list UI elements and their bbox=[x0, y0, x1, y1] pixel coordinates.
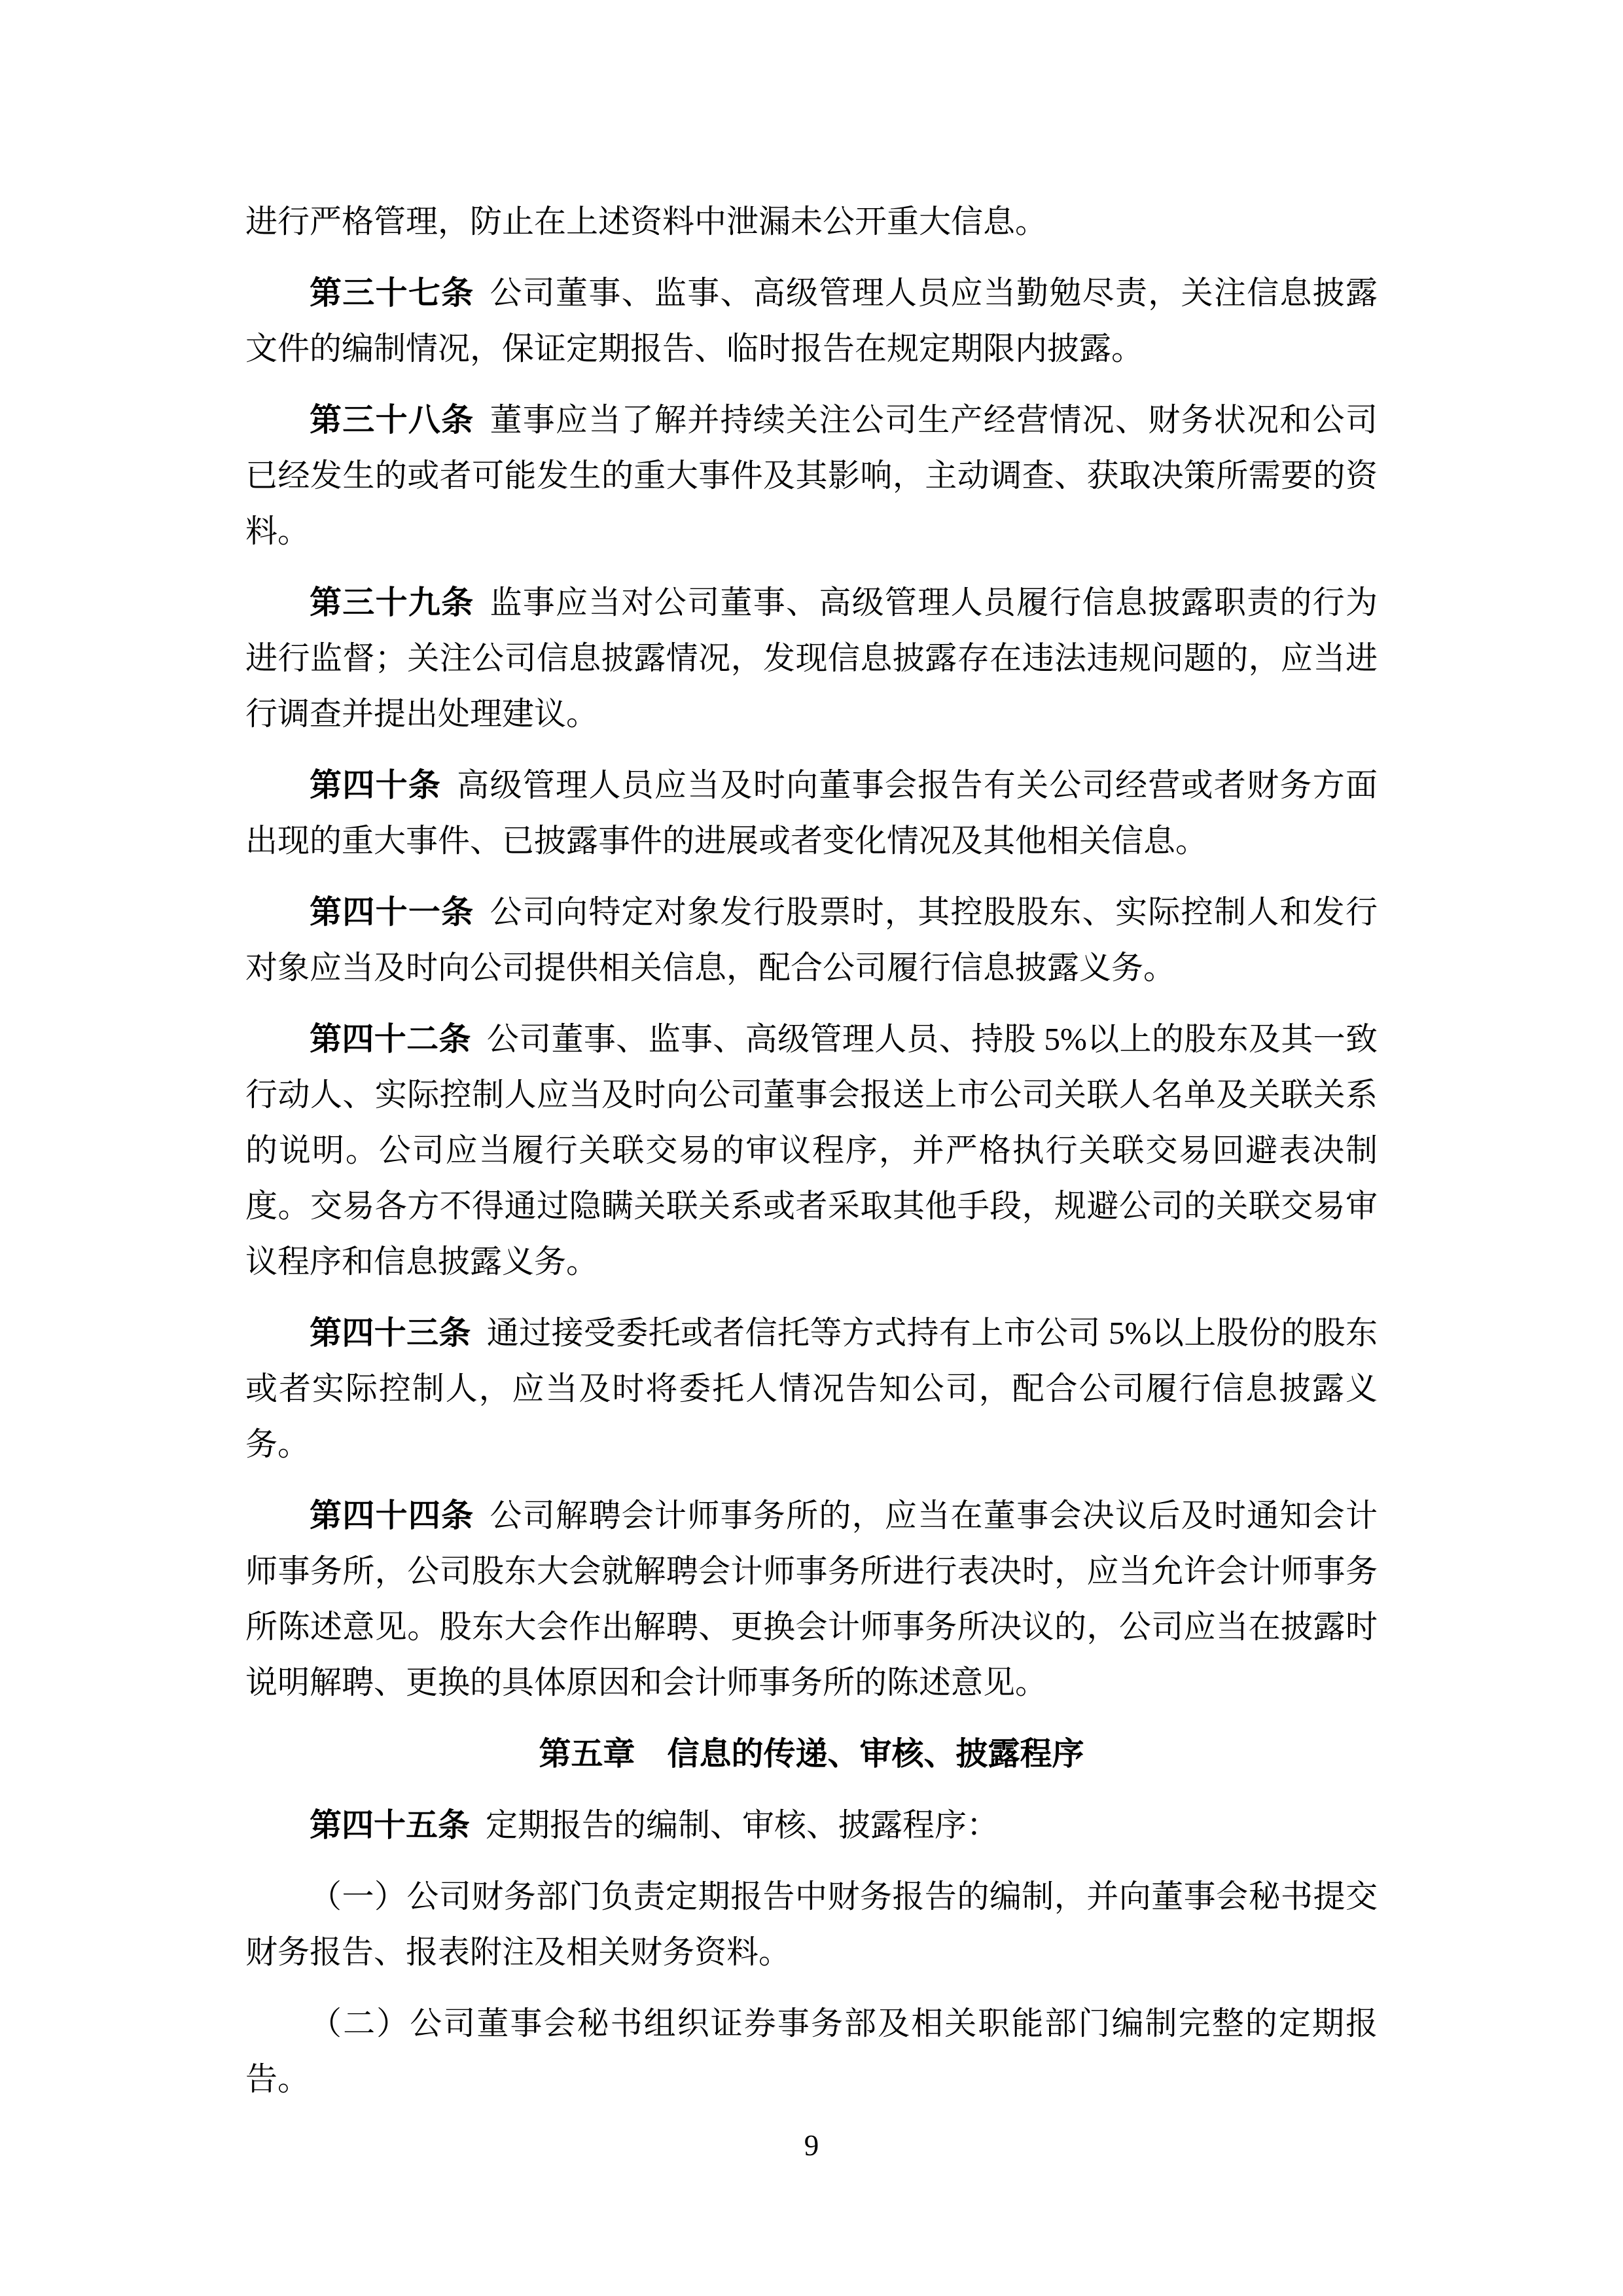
article-number-label: 第四十条 bbox=[310, 767, 441, 803]
paragraph: 第三十九条监事应当对公司董事、高级管理人员履行信息披露职责的行为进行监督；关注公… bbox=[245, 575, 1378, 742]
article-number-label: 第三十八条 bbox=[310, 402, 474, 438]
paragraph: 第四十四条公司解聘会计师事务所的，应当在董事会决议后及时通知会计师事务所，公司股… bbox=[245, 1488, 1378, 1710]
article-number-label: 第四十二条 bbox=[310, 1021, 471, 1057]
document-body: 进行严格管理，防止在上述资料中泄漏未公开重大信息。 第三十七条公司董事、监事、高… bbox=[245, 194, 1378, 2123]
paragraph: 进行严格管理，防止在上述资料中泄漏未公开重大信息。 bbox=[245, 194, 1378, 249]
paragraph-text: （二）公司董事会秘书组织证券事务部及相关职能部门编制完整的定期报告。 bbox=[245, 2005, 1378, 2097]
article-number-label: 第四十五条 bbox=[310, 1807, 470, 1843]
paragraph: 第四十一条公司向特定对象发行股票时，其控股股东、实际控制人和发行对象应当及时向公… bbox=[245, 884, 1378, 996]
article-number-label: 第四十三条 bbox=[310, 1315, 471, 1351]
paragraph: （一）公司财务部门负责定期报告中财务报告的编制，并向董事会秘书提交财务报告、报表… bbox=[245, 1869, 1378, 1980]
article-number-label: 第三十九条 bbox=[310, 584, 474, 620]
page-number: 9 bbox=[0, 2131, 1623, 2161]
paragraph: 第四十条高级管理人员应当及时向董事会报告有关公司经营或者财务方面出现的重大事件、… bbox=[245, 757, 1378, 869]
document-page: 进行严格管理，防止在上述资料中泄漏未公开重大信息。 第三十七条公司董事、监事、高… bbox=[0, 0, 1623, 2296]
paragraph: 第四十三条通过接受委托或者信托等方式持有上市公司 5%以上股份的股东或者实际控制… bbox=[245, 1305, 1378, 1472]
paragraph-text: 信息的传递、审核、披露程序 bbox=[668, 1736, 1084, 1772]
paragraph: 第四十二条公司董事、监事、高级管理人员、持股 5%以上的股东及其一致行动人、实际… bbox=[245, 1011, 1378, 1289]
paragraph: 第四十五条定期报告的编制、审核、披露程序： bbox=[245, 1797, 1378, 1853]
paragraph: （二）公司董事会秘书组织证券事务部及相关职能部门编制完整的定期报告。 bbox=[245, 1996, 1378, 2107]
article-number-label: 第四十一条 bbox=[310, 894, 474, 930]
paragraph-text: 进行严格管理，防止在上述资料中泄漏未公开重大信息。 bbox=[245, 204, 1047, 240]
paragraph: 第三十八条董事应当了解并持续关注公司生产经营情况、财务状况和公司已经发生的或者可… bbox=[245, 392, 1378, 559]
article-number-label: 第五章 bbox=[539, 1736, 635, 1772]
article-number-label: 第三十七条 bbox=[310, 275, 474, 311]
article-number-label: 第四十四条 bbox=[310, 1498, 474, 1534]
paragraph-text: 公司董事、监事、高级管理人员、持股 5%以上的股东及其一致行动人、实际控制人应当… bbox=[245, 1021, 1378, 1280]
paragraph: 第三十七条公司董事、监事、高级管理人员应当勤勉尽责，关注信息披露文件的编制情况，… bbox=[245, 265, 1378, 376]
paragraph-text: 定期报告的编制、审核、披露程序： bbox=[486, 1807, 999, 1843]
paragraph-text: （一）公司财务部门负责定期报告中财务报告的编制，并向董事会秘书提交财务报告、报表… bbox=[245, 1878, 1378, 1970]
chapter-heading: 第五章信息的传递、审核、披露程序 bbox=[245, 1726, 1378, 1782]
